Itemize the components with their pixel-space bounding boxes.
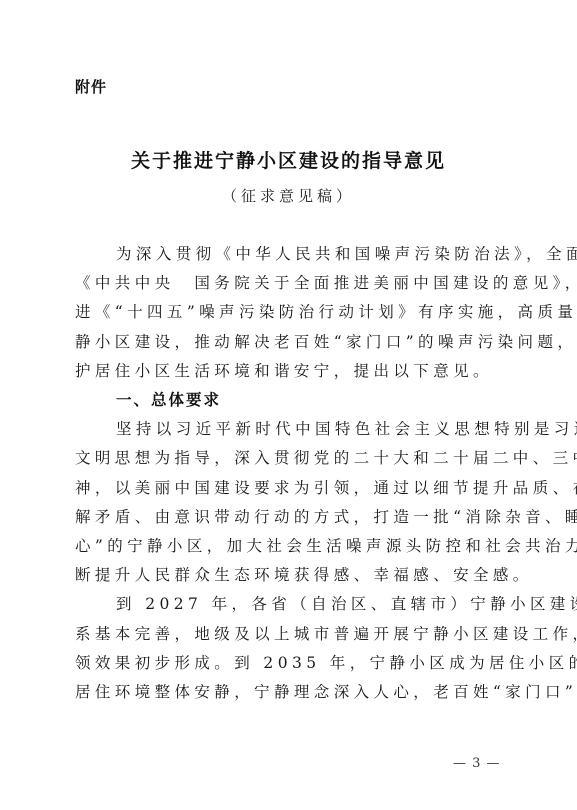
text-line: 进《“十四五”噪声污染防治行动计划》有序实施，高质量开展宁 (75, 298, 507, 327)
text-line: 静小区建设，推动解决老百姓“家门口”的噪声污染问题，共同维 (75, 328, 507, 357)
text-line: 神，以美丽中国建设要求为引领，通过以细节提升品质、在前端化 (75, 474, 507, 503)
text-line: 坚持以习近平新时代中国特色社会主义思想特别是习近平生态 (75, 415, 507, 444)
text-line: 断提升人民群众生态环境获得感、幸福感、安全感。 (75, 561, 507, 590)
text-line: 护居住小区生活环境和谐安宁，提出以下意见。 (75, 357, 507, 386)
text-line: 为深入贯彻《中华人民共和国噪声污染防治法》，全面落实 (75, 240, 507, 269)
document-page: 附件 关于推进宁静小区建设的指导意见 （征求意见稿） 为深入贯彻《中华人民共和国… (0, 0, 577, 810)
attachment-label: 附件 (75, 76, 107, 97)
section-heading: 一、总体要求 (75, 386, 507, 415)
intro-paragraph: 为深入贯彻《中华人民共和国噪声污染防治法》，全面落实 《中共中央 国务院关于全面… (75, 240, 507, 386)
document-title: 关于推进宁静小区建设的指导意见 (0, 146, 577, 173)
text-line: 解矛盾、由意识带动行动的方式，打造一批“消除杂音、睡得安 (75, 503, 507, 532)
document-subtitle: （征求意见稿） (0, 185, 577, 206)
section-paragraph: 坚持以习近平新时代中国特色社会主义思想特别是习近平生态 文明思想为指导，深入贯彻… (75, 415, 507, 590)
section-paragraph: 到 2027 年，各省（自治区、直辖市）宁静小区建设评价管理体 系基本完善，地级… (75, 590, 507, 707)
text-line: 领效果初步形成。到 2035 年，宁静小区成为居住小区的普遍标准， (75, 649, 507, 678)
text-line: 居住环境整体安静，宁静理念深入人心，老百姓“家门口”的噪声 (75, 678, 507, 707)
page-number: — 3 — (453, 756, 501, 771)
text-line: 到 2027 年，各省（自治区、直辖市）宁静小区建设评价管理体 (75, 590, 507, 619)
text-line: 心”的宁静小区，加大社会生活噪声源头防控和社会共治力度，不 (75, 532, 507, 561)
text-line: 《中共中央 国务院关于全面推进美丽中国建设的意见》，扎实推 (75, 269, 507, 298)
text-line: 系基本完善，地级及以上城市普遍开展宁静小区建设工作，示范引 (75, 620, 507, 649)
document-body: 为深入贯彻《中华人民共和国噪声污染防治法》，全面落实 《中共中央 国务院关于全面… (75, 240, 507, 707)
text-line: 文明思想为指导，深入贯彻党的二十大和二十届二中、三中全会精 (75, 444, 507, 473)
